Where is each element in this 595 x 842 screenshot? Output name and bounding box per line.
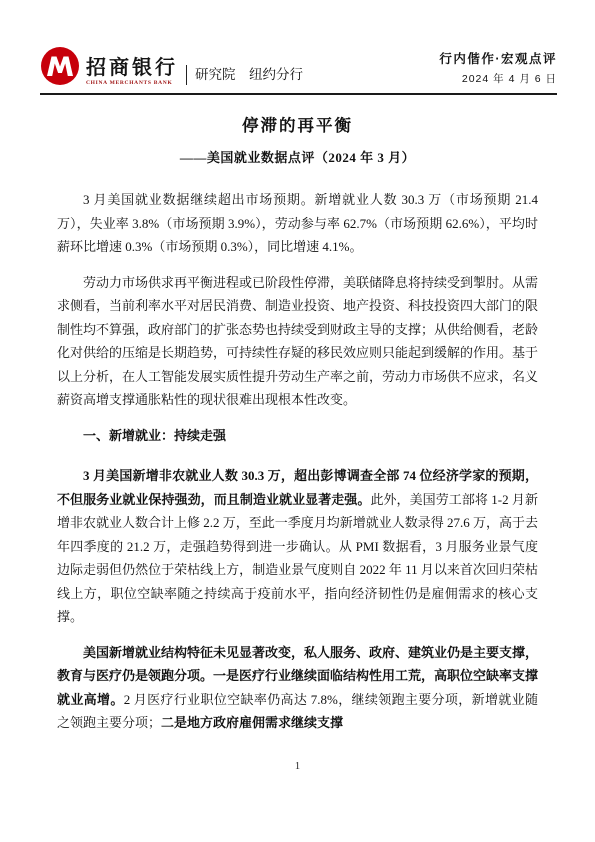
division-label: 研究院 纽约分行: [186, 65, 303, 85]
paragraph-analysis: 劳动力市场供求再平衡进程或已阶段性停滞，美联储降息将持续受到掣肘。从需求侧看，当…: [57, 271, 538, 412]
text-run: 此外，美国劳工部将 1-2 月新增非农就业人数合计上修 2.2 万，至此一季度月…: [57, 492, 538, 625]
text-run: 二是地方政府雇佣需求继续支撑: [161, 715, 343, 730]
text-run: 3 月美国就业数据继续超出市场预期。新增就业人数 30.3 万（市场预期 21.…: [57, 192, 538, 254]
cmb-logo-icon: [40, 46, 80, 86]
paragraph-nonfarm-payrolls: 3 月美国新增非农就业人数 30.3 万，超出彭博调查全部 74 位经济学家的预…: [57, 464, 538, 629]
report-title: 停滞的再平衡: [57, 112, 538, 136]
bank-name-chinese: 招商银行: [86, 58, 178, 78]
section-heading: 一、新增就业：持续走强: [57, 424, 538, 448]
page-footer: 1: [0, 761, 595, 772]
report-body: 3 月美国就业数据继续超出市场预期。新增就业人数 30.3 万（市场预期 21.…: [57, 188, 538, 735]
report-series-label: 行内偕作·宏观点评: [439, 49, 557, 67]
bank-name-block: 招商银行 CHINA MERCHANTS BANK: [86, 58, 178, 86]
header-right-block: 行内偕作·宏观点评 2024 年 4 月 6 日: [439, 49, 557, 86]
bank-name-english: CHINA MERCHANTS BANK: [86, 80, 178, 86]
text-run: 劳动力市场供求再平衡进程或已阶段性停滞，美联储降息将持续受到掣肘。从需求侧看，当…: [57, 275, 538, 408]
paragraph-employment-structure: 美国新增就业结构特征未见显著改变，私人服务、政府、建筑业仍是主要支撑，教育与医疗…: [57, 641, 538, 735]
report-date: 2024 年 4 月 6 日: [439, 71, 557, 86]
page-number: 1: [295, 761, 300, 772]
bank-brand: 招商银行 CHINA MERCHANTS BANK 研究院 纽约分行: [40, 46, 303, 86]
document-header: 招商银行 CHINA MERCHANTS BANK 研究院 纽约分行 行内偕作·…: [40, 46, 557, 95]
report-subtitle: ——美国就业数据点评（2024 年 3 月）: [57, 147, 538, 166]
paragraph-summary: 3 月美国就业数据继续超出市场预期。新增就业人数 30.3 万（市场预期 21.…: [57, 188, 538, 259]
document-page: 招商银行 CHINA MERCHANTS BANK 研究院 纽约分行 行内偕作·…: [0, 0, 595, 842]
